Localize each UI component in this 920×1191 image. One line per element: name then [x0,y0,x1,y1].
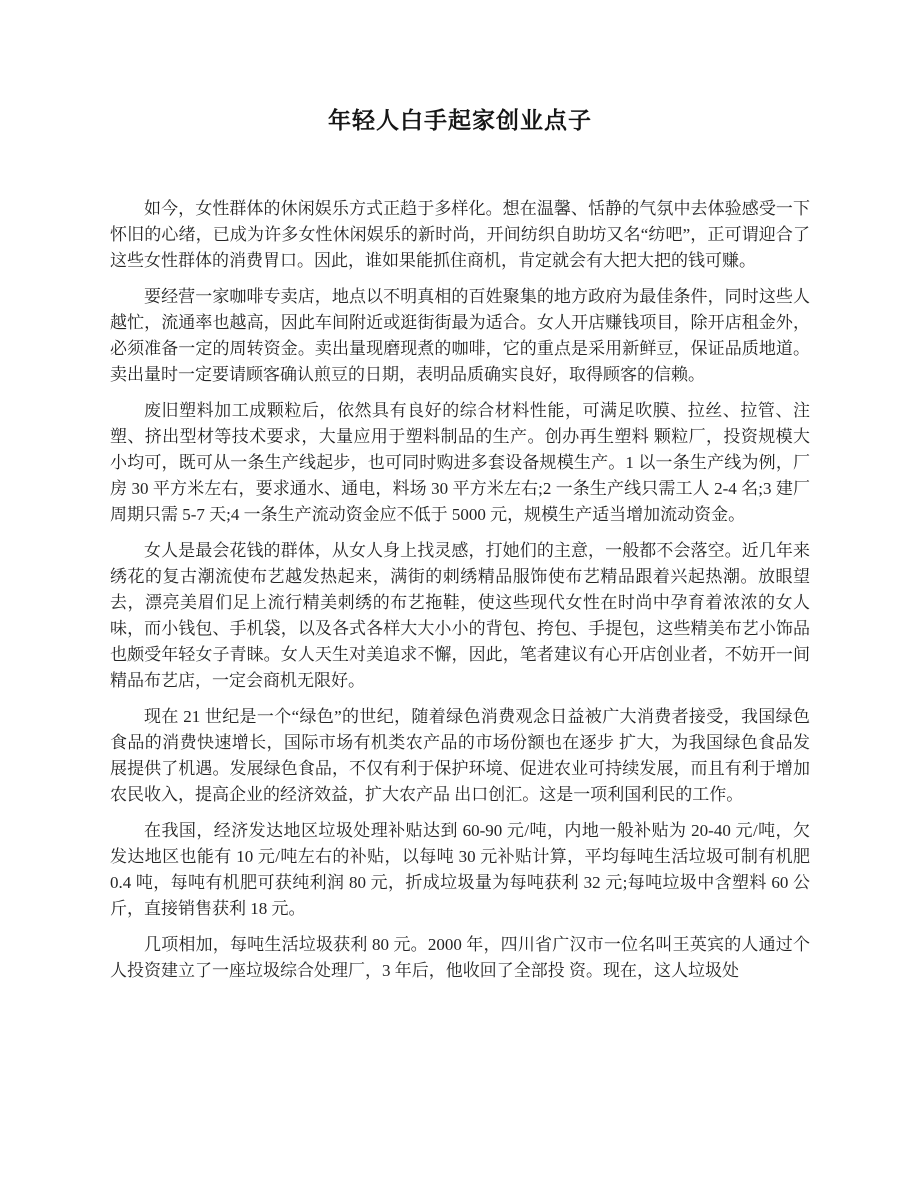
paragraph-3: 废旧塑料加工成颗粒后，依然具有良好的综合材料性能，可满足吹膜、拉丝、拉管、注塑、… [110,398,810,528]
paragraph-2: 要经营一家咖啡专卖店，地点以不明真相的百姓聚集的地方政府为最佳条件，同时这些人越… [110,284,810,388]
paragraph-4: 女人是最会花钱的群体，从女人身上找灵感，打她们的主意，一般都不会落空。近几年来绣… [110,538,810,694]
paragraph-5: 现在 21 世纪是一个“绿色”的世纪，随着绿色消费观念日益被广大消费者接受，我国… [110,704,810,808]
document-title: 年轻人白手起家创业点子 [110,107,810,134]
paragraph-6: 在我国，经济发达地区垃圾处理补贴达到 60-90 元/吨，内地一般补贴为 20-… [110,818,810,922]
paragraph-7: 几项相加，每吨生活垃圾获利 80 元。2000 年，四川省广汉市一位名叫王英宾的… [110,932,810,984]
paragraph-1: 如今，女性群体的休闲娱乐方式正趋于多样化。想在温馨、恬静的气氛中去体验感受一下怀… [110,196,810,274]
document-page: 年轻人白手起家创业点子 如今，女性群体的休闲娱乐方式正趋于多样化。想在温馨、恬静… [0,0,920,1191]
